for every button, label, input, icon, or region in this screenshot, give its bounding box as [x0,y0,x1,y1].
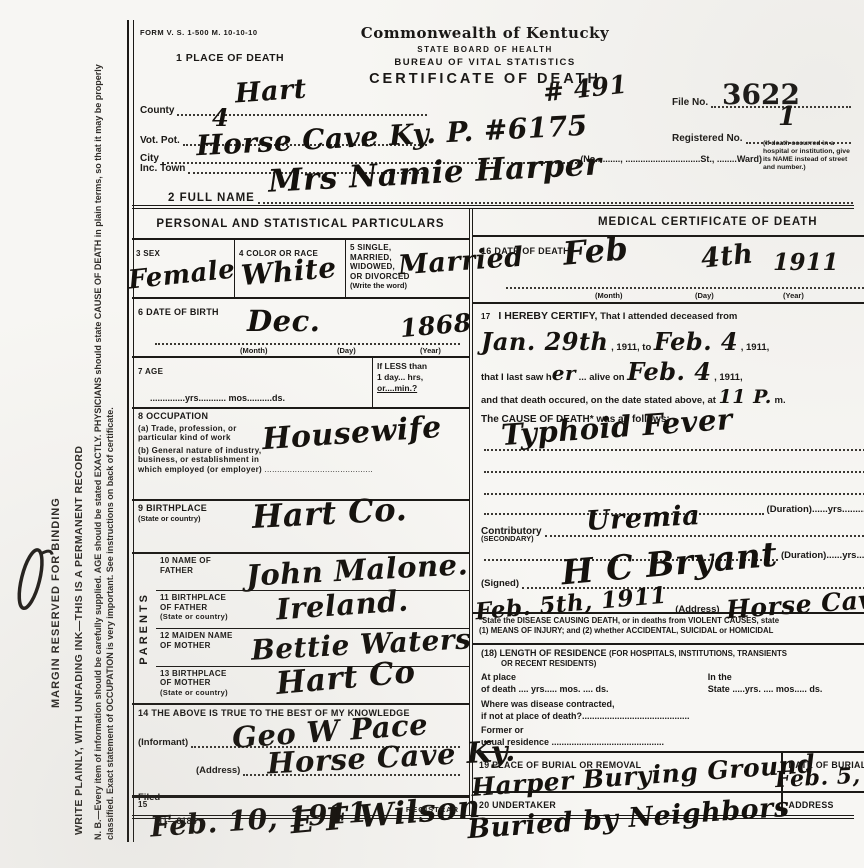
undertaker-address-label: ADDRESS [789,800,834,810]
full-name-label: 2 FULL NAME [168,192,255,204]
dod-day-sublabel: (Day) [695,291,714,300]
sex-value-handwritten: Female [127,256,236,293]
mother-birthplace-row: 13 BIRTHPLACEOF MOTHER (State or country… [156,667,469,703]
contributory-line: Contributory Uremia [481,515,864,537]
margin-write-plainly-text: WRITE PLAINLY, WITH UNFADING INK—THIS IS… [73,35,88,835]
city-paren-text: (No.........., .........................… [580,154,762,164]
birthplace-row: 9 BIRTHPLACE (State or country) Hart Co. [132,501,469,554]
marital-cell: 5 SINGLE, MARRIED, WIDOWED, OR DIVORCED … [346,240,469,297]
burial-place-cell: 19 PLACE OF BURIAL OR REMOVAL Harper Bur… [473,753,783,791]
informant-label: (Informant) [138,737,188,748]
file-no-label: File No. [672,97,708,108]
certify-block: 17 I HEREBY CERTIFY, That I attended dec… [473,304,864,614]
mother-name-row: 12 MAIDEN NAMEOF MOTHER Bettie Waters [156,629,469,666]
vot-pot-value-handwritten: 4 [212,106,229,130]
age-units-text: ..............yrs........... mos........… [150,393,285,403]
vot-pot-label: Vot. Pot. [140,135,180,146]
parents-vertical-label: PARENTS [132,554,156,703]
dob-dotted-line [152,329,463,345]
burial-date-cell: DATE OF BURIAL Feb. 5, 1911 [783,753,864,791]
father-name-row: 10 NAME OFFATHER John Malone. [156,554,469,591]
residence-block: (18) LENGTH OF RESIDENCE (FOR HOSPITALS,… [473,645,864,753]
death-certificate-scan: MARGIN RESERVED FOR BINDING WRITE PLAINL… [0,0,864,868]
parents-block: PARENTS 10 NAME OFFATHER John Malone. 11… [132,554,469,705]
occupation-b-dots: ........................................… [265,465,373,474]
dod-dotted-line [503,273,864,289]
form-body: PERSONAL AND STATISTICAL PARTICULARS 3 S… [132,205,854,819]
form-number: FORM V. S. 1-500 M. 10-10-10 [140,28,258,37]
filed-block: 15 Filed Feb. 10, 1911 E F Wilson REGIST… [132,798,469,815]
dob-row: 6 DATE OF BIRTH Dec. 1868 (Month) (Day) … [132,299,469,358]
registrar-label: REGISTRAR [406,805,459,814]
personal-column: PERSONAL AND STATISTICAL PARTICULARS 3 S… [132,209,473,815]
dod-year-sublabel: (Year) [783,291,804,300]
certify-line2: Jan. 29th , 1911, to Feb. 4 , 1911, [481,330,864,352]
dod-day-handwritten: 4th [700,241,755,273]
registered-no-value-handwritten: 1 [778,104,797,130]
birthplace-value-handwritten: Hart Co. [251,493,408,533]
certificate-number-handwritten: # 491 [542,72,628,106]
bureau-subtitle: BUREAU OF VITAL STATISTICS [350,57,620,68]
dob-label: 6 DATE OF BIRTH [138,307,219,317]
county-label: County [140,105,174,116]
hospital-note: (If death occurred in a hospital or inst… [763,140,855,172]
margin-nb-note-text: N. B.—Every item of information should b… [92,25,128,840]
age-label: 7 AGE [138,367,163,376]
informant-address-label: (Address) [196,765,240,776]
cause-blank-line-2 [481,473,864,495]
filed-label: Filed [138,792,160,803]
margin-binding-text: MARGIN RESERVED FOR BINDING [50,368,66,708]
undertaker-row: 20 UNDERTAKER Buried by Neighbors ADDRES… [473,793,864,815]
registered-no-label: Registered No. [672,133,743,144]
sex-cell: 3 SEX Female [132,240,235,297]
corner-form-code: 11—8184 [158,816,197,826]
date-of-death-row: 16 DATE OF DEATH Feb 4th 1911 (Month) (D… [473,237,864,304]
burial-row: 19 PLACE OF BURIAL OR REMOVAL Harper Bur… [473,753,864,793]
father-birthplace-row: 11 BIRTHPLACEOF FATHER (State or country… [156,591,469,629]
cause-value-line: Typhoid Fever [481,425,864,451]
inc-town-label: Inc. Town [140,163,185,174]
city-label: City [140,153,159,164]
sex-label: 3 SEX [136,249,160,258]
medical-column: MEDICAL CERTIFICATE OF DEATH 16 DATE OF … [473,209,864,815]
dod-month-sublabel: (Month) [595,291,622,300]
date-of-death-label: 16 DATE OF DEATH [481,246,570,256]
commonwealth-title: Commonwealth of Kentucky [350,24,620,42]
county-value-handwritten: Hart [234,76,307,108]
age-row: 7 AGE ..............yrs........... mos..… [132,358,469,409]
place-of-death-title: 1 PLACE OF DEATH [176,52,284,64]
personal-section-title: PERSONAL AND STATISTICAL PARTICULARS [132,209,469,240]
signed-date-line: Feb. 5th, 1911 (Address) Horse Cave Ky [481,589,864,615]
medical-section-title: MEDICAL CERTIFICATE OF DEATH [473,209,864,237]
undertaker-cell: 20 UNDERTAKER Buried by Neighbors [473,793,783,815]
dob-day-sublabel: (Day) [337,346,356,355]
contributory-value-handwritten: Uremia [585,502,701,535]
dod-year-handwritten: 1911 [773,251,839,274]
dob-month-sublabel: (Month) [240,346,267,355]
signed-line: (Signed) M. D. H C Bryant [481,561,864,589]
father-name-handwritten: John Malone. [245,550,468,591]
cause-blank-line-1 [481,451,864,473]
dod-month-handwritten: Feb [562,233,630,271]
age-cell: 7 AGE ..............yrs........... mos..… [132,358,372,407]
marital-sublabel: (Write the word) [350,281,465,290]
certify-line3: that I last saw her ... alive on Feb. 4 … [481,360,864,382]
state-board-subtitle: STATE BOARD OF HEALTH [350,45,620,54]
certify-line1: 17 I HEREBY CERTIFY, That I attended dec… [481,310,864,322]
age-less-cell: If LESS than 1 day... hrs, or....min.? [372,358,469,407]
occupation-row: 8 OCCUPATION (a) Trade, profession, or p… [132,409,469,501]
dob-year-sublabel: (Year) [420,346,441,355]
sex-race-marital-row: 3 SEX Female 4 COLOR OR RACE White 5 SIN… [132,240,469,299]
undertaker-address-cell: ADDRESS [783,793,864,815]
race-value-handwritten: White [240,254,338,290]
informant-block: 14 THE ABOVE IS TRUE TO THE BEST OF MY K… [132,705,469,798]
race-cell: 4 COLOR OR RACE White [235,240,346,297]
